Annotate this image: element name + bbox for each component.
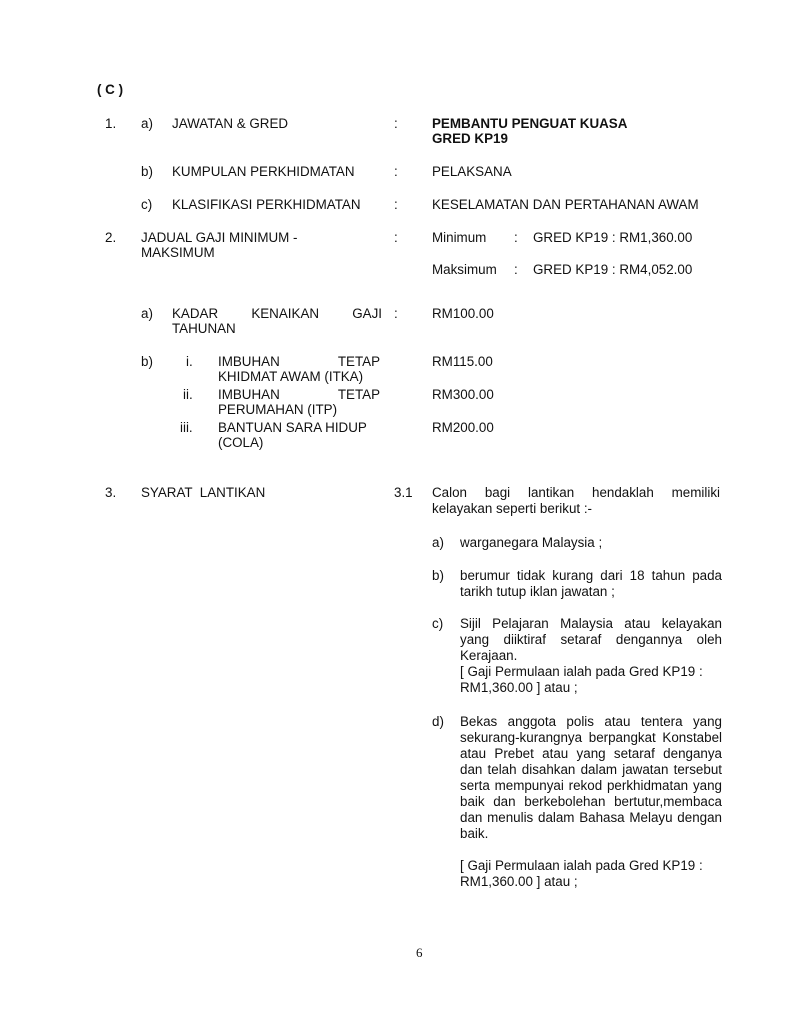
allowance-value: RM300.00 [432, 387, 494, 403]
minimum-value: GRED KP19 : RM1,360.00 [533, 230, 692, 246]
condition-letter: b) [432, 568, 444, 584]
item1b-separator: : [394, 164, 398, 180]
item2a-label-line2: TAHUNAN [172, 321, 236, 337]
condition-text: warganegara Malaysia ; [460, 535, 720, 551]
item1c-separator: : [394, 197, 398, 213]
item2-separator: : [394, 230, 398, 246]
maksimum-label: Maksimum [432, 262, 497, 278]
minimum-separator: : [514, 230, 518, 246]
item1b-value: PELAKSANA [432, 164, 512, 180]
item2a-label-line1: KADAR KENAIKAN GAJI [172, 306, 382, 322]
item1a-letter: a) [141, 116, 153, 132]
item1a-label: JAWATAN & GRED [172, 116, 288, 132]
item2a-letter: a) [141, 306, 153, 322]
condition-letter: a) [432, 535, 444, 551]
allowance-label-line2: (COLA) [218, 435, 263, 451]
allowance-value: RM115.00 [432, 354, 493, 370]
allowance-label-line2: KHIDMAT AWAM (ITKA) [218, 369, 363, 385]
allowance-label-line1: BANTUAN SARA HIDUP [218, 420, 367, 436]
item1c-label: KLASIFIKASI PERKHIDMATAN [172, 197, 361, 213]
condition-salary-note: [ Gaji Permulaan ialah pada Gred KP19 : … [460, 858, 730, 890]
allowance-numeral: iii. [180, 420, 193, 436]
condition-text: berumur tidak kurang dari 18 tahun pada … [460, 568, 722, 600]
item3-number: 3. [105, 485, 116, 501]
allowance-label-line2: PERUMAHAN (ITP) [218, 402, 337, 418]
condition-letter: c) [432, 616, 443, 632]
maksimum-separator: : [514, 262, 518, 278]
item2b-letter: b) [141, 354, 153, 370]
item2-number: 2. [105, 230, 116, 246]
allowance-numeral: i. [186, 354, 193, 370]
maksimum-value: GRED KP19 : RM4,052.00 [533, 262, 692, 278]
allowance-numeral: ii. [183, 387, 193, 403]
item1-number: 1. [105, 116, 116, 132]
item1a-separator: : [394, 116, 398, 132]
page-number: 6 [416, 945, 423, 961]
item1c-letter: c) [141, 197, 152, 213]
job-grade-value: GRED KP19 [432, 131, 508, 147]
item2a-separator: : [394, 306, 398, 322]
requirements-intro: Calon bagi lantikan hendaklah memiliki k… [432, 485, 720, 517]
condition-letter: d) [432, 714, 444, 730]
item3-label: SYARAT LANTIKAN [141, 485, 265, 501]
item2-label-line2: MAKSIMUM [141, 245, 215, 261]
condition-salary-note: [ Gaji Permulaan ialah pada Gred KP19 : … [460, 664, 730, 696]
item1c-value: KESELAMATAN DAN PERTAHANAN AWAM [432, 197, 699, 213]
allowance-value: RM200.00 [432, 420, 494, 436]
condition-text: Bekas anggota polis atau tentera yang se… [460, 714, 722, 842]
item2a-value: RM100.00 [432, 306, 494, 322]
item3-sub-number: 3.1 [394, 485, 413, 501]
item1b-label: KUMPULAN PERKHIDMATAN [172, 164, 355, 180]
allowance-label-line1: IMBUHAN TETAP [218, 354, 380, 370]
item1b-letter: b) [141, 164, 153, 180]
allowance-label-line1: IMBUHAN TETAP [218, 387, 380, 403]
job-title-value: PEMBANTU PENGUAT KUASA [432, 116, 627, 132]
item2-label-line1: JADUAL GAJI MINIMUM - [141, 230, 297, 246]
condition-text: Sijil Pelajaran Malaysia atau kelayakan … [460, 616, 722, 664]
minimum-label: Minimum [432, 230, 486, 246]
section-label: ( C ) [97, 82, 123, 98]
